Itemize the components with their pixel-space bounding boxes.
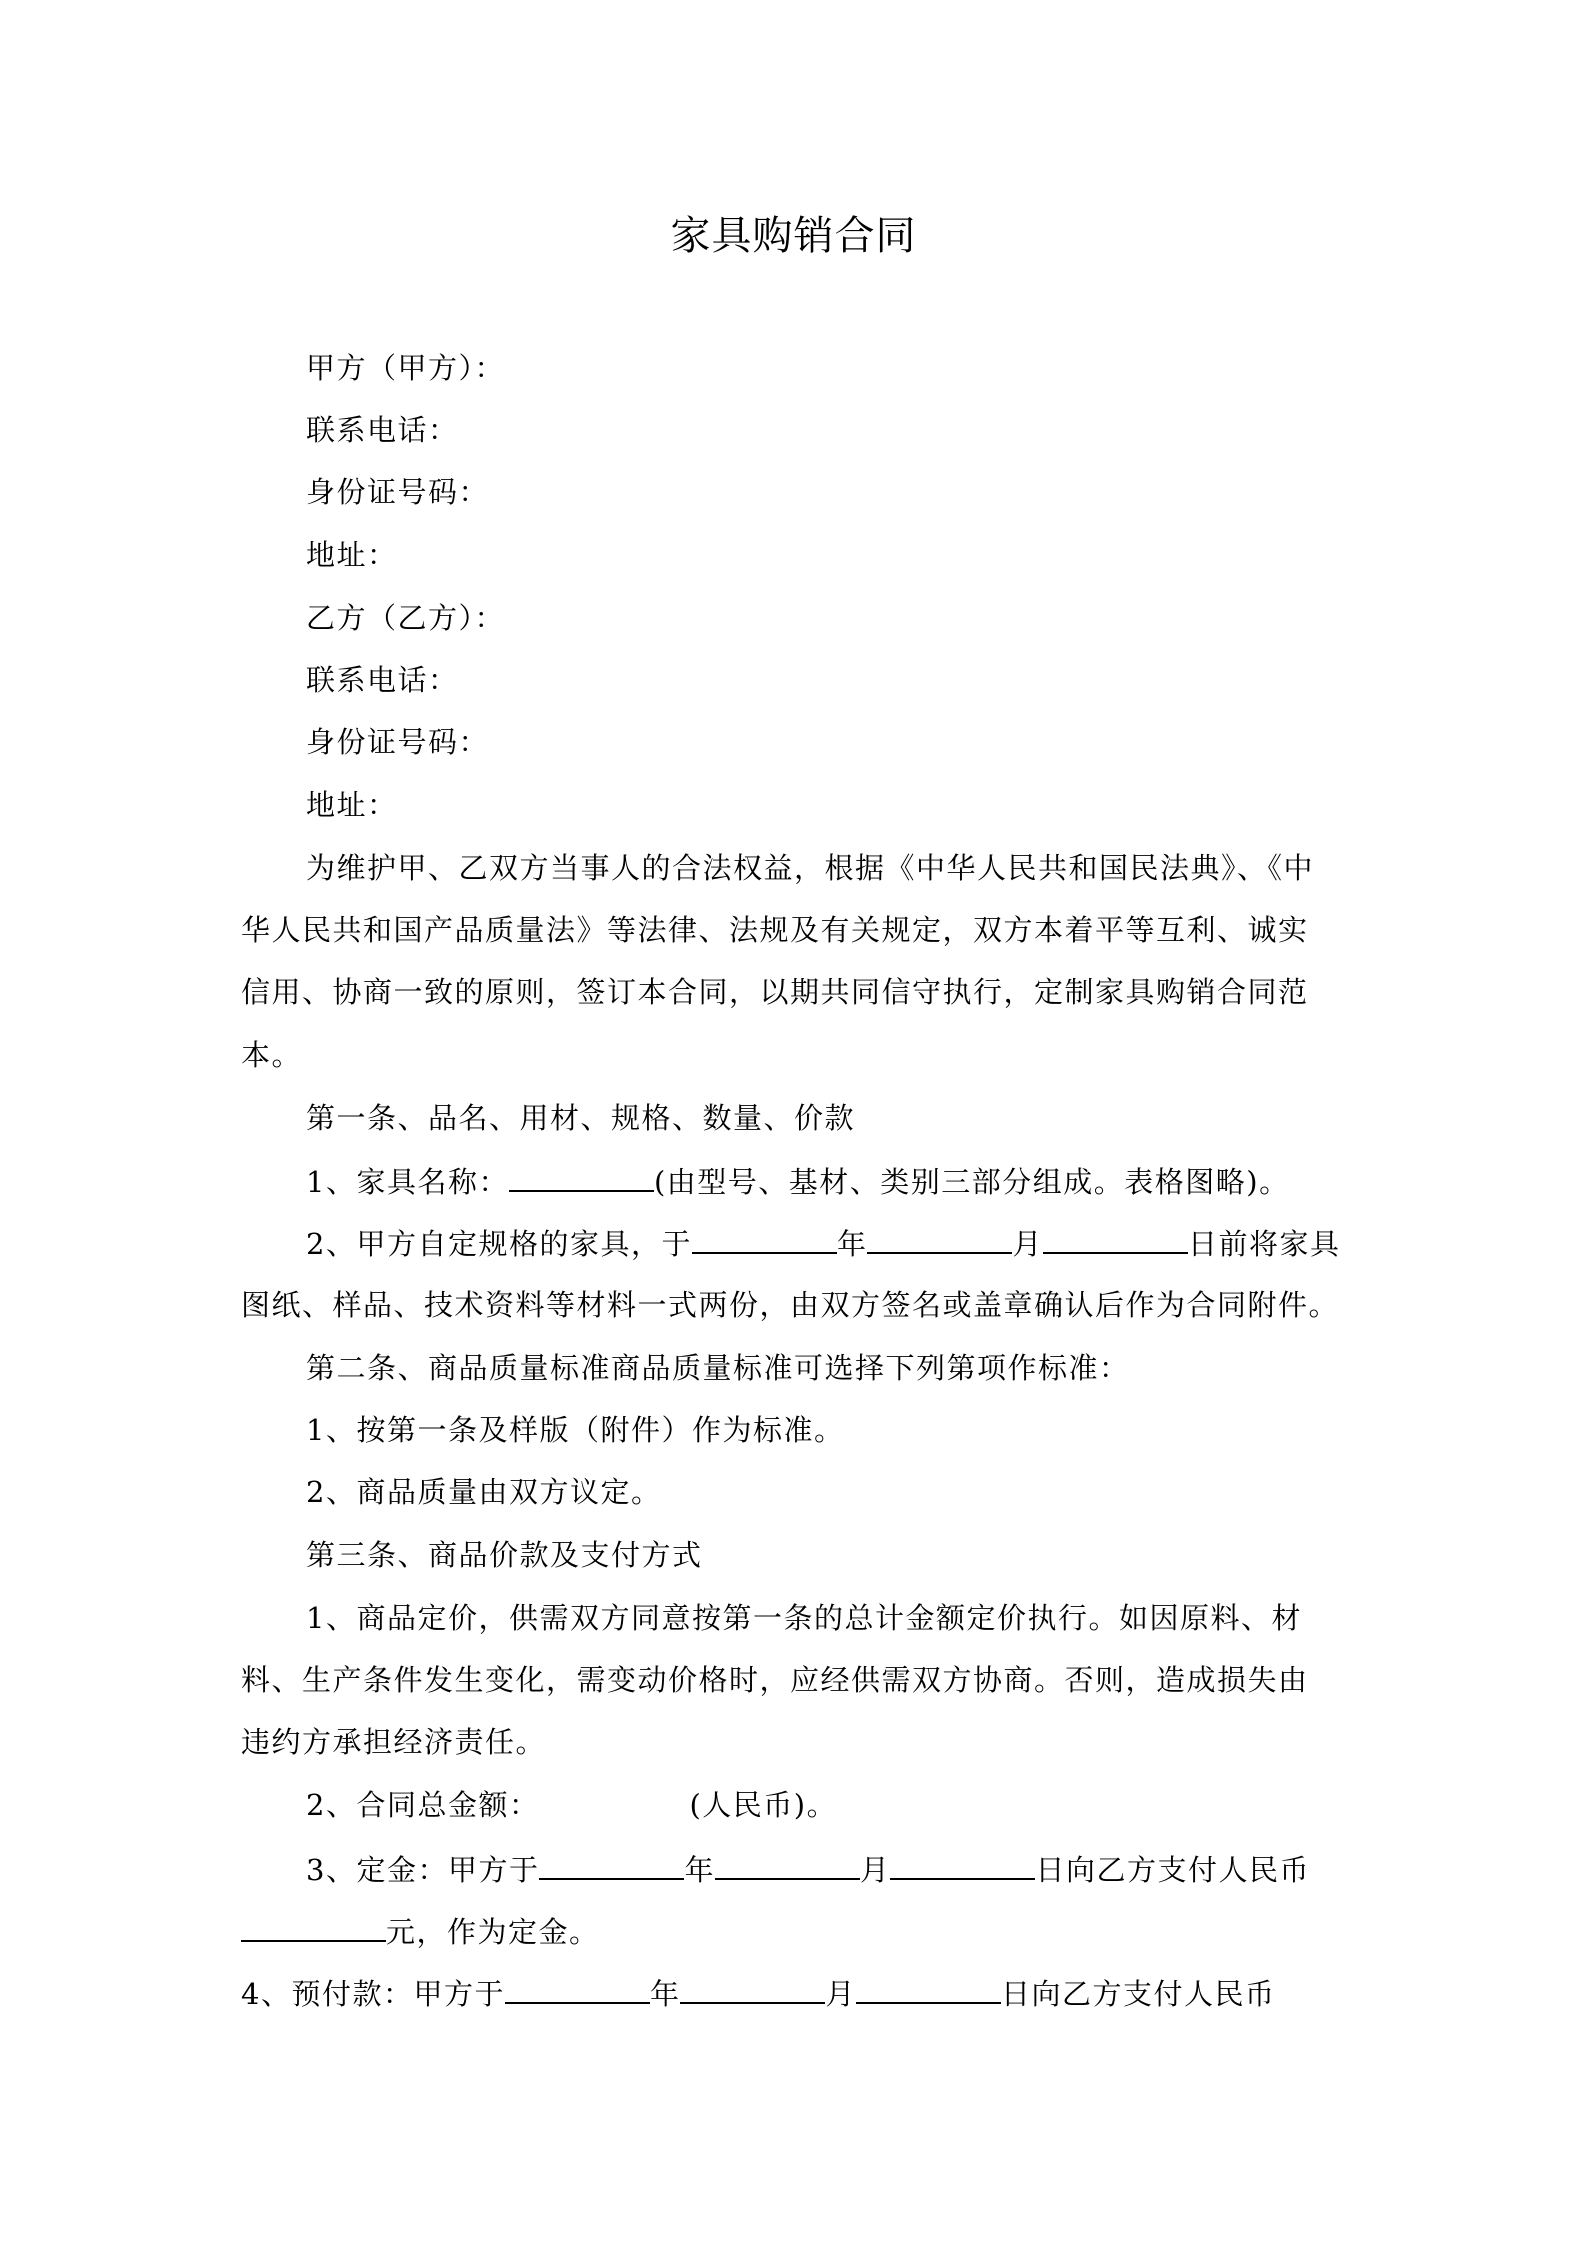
party-b-id-label: 身份证号码： <box>306 722 1426 762</box>
year-blank <box>692 1222 837 1254</box>
party-a-id-label: 身份证号码： <box>306 472 1426 512</box>
article2-item2: 2、商品质量由双方议定。 <box>306 1472 1426 1512</box>
day-suffix: 日向乙方支付人民币 <box>1035 1853 1310 1887</box>
article3-item3: 3、定金：甲方于年月日向乙方支付人民币 <box>306 1848 1426 1890</box>
article2-heading: 第二条、商品质量标准商品质量标准可选择下列第项作标准： <box>306 1348 1426 1388</box>
article1-item2: 2、甲方自定规格的家具，于年月日前将家具 <box>306 1222 1426 1264</box>
day-blank <box>856 1972 1001 2004</box>
month-label: 月 <box>1012 1227 1043 1261</box>
party-a-name-label: 甲方（甲方）： <box>306 348 1426 388</box>
preamble-line: 为维护甲、乙双方当事人的合法权益，根据《中华人民共和国民法典》、《中 <box>306 848 1426 888</box>
deposit-amount-blank <box>241 1910 386 1942</box>
total-amount-suffix: (人民币)。 <box>689 1788 837 1822</box>
article1-item1-suffix: (由型号、基材、类别三部分组成。表格图略)。 <box>654 1165 1290 1199</box>
document-title: 家具购销合同 <box>0 208 1587 264</box>
party-b-phone-label: 联系电话： <box>306 660 1426 700</box>
party-b-address-label: 地址： <box>306 785 1426 825</box>
article1-item1: 1、家具名称：(由型号、基材、类别三部分组成。表格图略)。 <box>306 1160 1426 1202</box>
article3-item1-line: 违约方承担经济责任。 <box>241 1722 1361 1762</box>
preamble-line: 华人民共和国产品质量法》等法律、法规及有关规定，双方本着平等互利、诚实 <box>241 910 1361 950</box>
article3-item1-line: 1、商品定价，供需双方同意按第一条的总计金额定价执行。如因原料、材 <box>306 1598 1426 1638</box>
article3-item3-line2: 元，作为定金。 <box>241 1910 1361 1952</box>
article3-item2: 2、合同总金额：(人民币)。 <box>306 1785 1426 1825</box>
article1-item2-prefix: 2、甲方自定规格的家具，于 <box>306 1227 692 1261</box>
deposit-line2-suffix: 元，作为定金。 <box>386 1915 600 1949</box>
month-blank <box>715 1848 860 1880</box>
year-label: 年 <box>650 1977 681 2011</box>
article1-item2-line2: 图纸、样品、技术资料等材料一式两份，由双方签名或盖章确认后作为合同附件。 <box>241 1285 1361 1325</box>
prepayment-prefix: 4、预付款：甲方于 <box>241 1977 505 2011</box>
document-page: 家具购销合同 甲方（甲方）： 联系电话： 身份证号码： 地址： 乙方（乙方）： … <box>0 0 1587 2245</box>
article1-item1-prefix: 1、家具名称： <box>306 1165 509 1199</box>
day-suffix: 日向乙方支付人民币 <box>1001 1977 1276 2011</box>
preamble-line: 本。 <box>241 1035 1361 1075</box>
article3-heading: 第三条、商品价款及支付方式 <box>306 1535 1426 1575</box>
year-blank <box>539 1848 684 1880</box>
year-label: 年 <box>837 1227 868 1261</box>
month-label: 月 <box>860 1853 891 1887</box>
party-a-address-label: 地址： <box>306 535 1426 575</box>
party-b-name-label: 乙方（乙方）： <box>306 598 1426 638</box>
month-blank <box>867 1222 1012 1254</box>
day-suffix: 日前将家具 <box>1188 1227 1341 1261</box>
article1-heading: 第一条、品名、用材、规格、数量、价款 <box>306 1098 1426 1138</box>
article2-item1: 1、按第一条及样版（附件）作为标准。 <box>306 1410 1426 1450</box>
party-a-phone-label: 联系电话： <box>306 410 1426 450</box>
article3-item1-line: 料、生产条件发生变化，需变动价格时，应经供需双方协商。否则，造成损失由 <box>241 1660 1361 1700</box>
furniture-name-blank <box>509 1160 654 1192</box>
month-label: 月 <box>825 1977 856 2011</box>
year-label: 年 <box>684 1853 715 1887</box>
day-blank <box>1043 1222 1188 1254</box>
day-blank <box>890 1848 1035 1880</box>
month-blank <box>680 1972 825 2004</box>
article3-item4: 4、预付款：甲方于年月日向乙方支付人民币 <box>241 1972 1361 2014</box>
total-amount-label: 2、合同总金额： <box>306 1788 539 1822</box>
year-blank <box>505 1972 650 2004</box>
preamble-line: 信用、协商一致的原则，签订本合同，以期共同信守执行，定制家具购销合同范 <box>241 972 1361 1012</box>
deposit-prefix: 3、定金：甲方于 <box>306 1853 539 1887</box>
